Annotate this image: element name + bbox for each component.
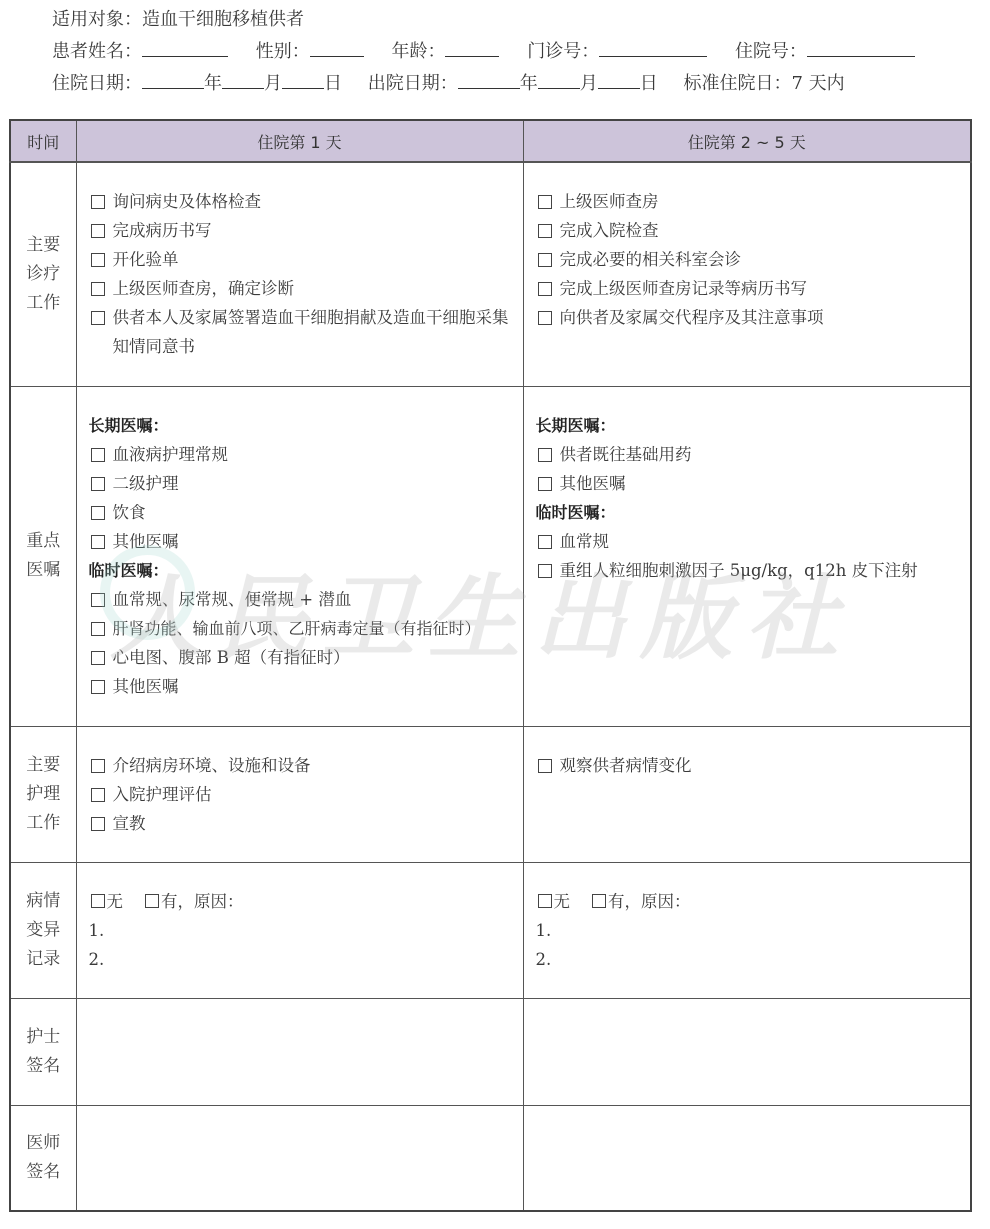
checklist-item[interactable]: 血液病护理常规 <box>89 440 511 469</box>
discharge-month-field[interactable] <box>538 70 580 89</box>
nurse-signature-day2-5[interactable] <box>523 998 971 1105</box>
table-header-row: 时间 住院第 1 天 住院第 2 ~ 5 天 <box>10 120 971 162</box>
checkbox-icon[interactable] <box>91 311 105 325</box>
checkbox-none[interactable] <box>91 894 105 908</box>
nurse-signature-day1[interactable] <box>76 998 523 1105</box>
physician-signature-day1[interactable] <box>76 1105 523 1211</box>
row-label: 病情变异记录 <box>10 862 76 998</box>
admission-month-field[interactable] <box>222 70 264 89</box>
checkbox-icon[interactable] <box>91 253 105 267</box>
checkbox-icon[interactable] <box>538 477 552 491</box>
checkbox-icon[interactable] <box>538 282 552 296</box>
month-label: 月 <box>264 73 282 94</box>
checklist-item[interactable]: 完成上级医师查房记录等病历书写 <box>536 274 959 303</box>
year-label: 年 <box>204 73 222 94</box>
checkbox-icon[interactable] <box>91 680 105 694</box>
temporary-orders-title: 临时医嘱： <box>89 556 511 585</box>
admission-year-field[interactable] <box>142 70 204 89</box>
checkbox-icon[interactable] <box>91 448 105 462</box>
variation-line-1[interactable]: 1. <box>536 916 959 945</box>
checklist-item[interactable]: 其他医嘱 <box>89 527 511 556</box>
checkbox-icon[interactable] <box>538 759 552 773</box>
checklist-item[interactable]: 血常规、尿常规、便常规 + 潜血 <box>89 585 511 614</box>
checklist-item[interactable]: 上级医师查房，确定诊断 <box>89 274 511 303</box>
checkbox-icon[interactable] <box>91 593 105 607</box>
inpatient-no-label: 住院号： <box>735 41 807 62</box>
checklist-item[interactable]: 供者本人及家属签署造血干细胞捐献及造血干细胞采集知情同意书 <box>89 303 511 361</box>
admission-day-field[interactable] <box>282 70 324 89</box>
table-row-physician-signature: 医师签名 <box>10 1105 971 1211</box>
clinical-pathway-table: 时间 住院第 1 天 住院第 2 ~ 5 天 主要诊疗工作 询问病史及体格检查 … <box>9 119 972 1212</box>
table-row-nursing-work: 主要护理工作 介绍病房环境、设施和设备 入院护理评估 宣教 观察供者病情变化 <box>10 726 971 862</box>
outpatient-no-field[interactable] <box>599 38 707 57</box>
outpatient-no-label: 门诊号： <box>527 41 599 62</box>
variation-line-2[interactable]: 2. <box>89 945 511 974</box>
checklist-item[interactable]: 完成病历书写 <box>89 216 511 245</box>
physician-signature-day2-5[interactable] <box>523 1105 971 1211</box>
yes-reason-label: 有，原因： <box>161 887 244 916</box>
patient-name-field[interactable] <box>142 38 228 57</box>
table-row-variation-record: 病情变异记录 无 有，原因： 1. 2. 无 有，原因： 1. 2. <box>10 862 971 998</box>
header-day-2-5: 住院第 2 ~ 5 天 <box>523 120 971 162</box>
checkbox-icon[interactable] <box>91 282 105 296</box>
checkbox-yes[interactable] <box>145 894 159 908</box>
long-term-orders-title: 长期医嘱： <box>89 411 511 440</box>
checkbox-icon[interactable] <box>91 651 105 665</box>
checkbox-icon[interactable] <box>91 788 105 802</box>
discharge-date-label: 出院日期： <box>368 73 458 94</box>
checkbox-icon[interactable] <box>91 759 105 773</box>
day-label: 日 <box>324 73 342 94</box>
long-term-orders-title: 长期医嘱： <box>536 411 959 440</box>
temporary-orders-title: 临时医嘱： <box>536 498 959 527</box>
checkbox-icon[interactable] <box>91 506 105 520</box>
checkbox-icon[interactable] <box>91 817 105 831</box>
checklist-item[interactable]: 肝肾功能、输血前八项、乙肝病毒定量（有指征时） <box>89 614 511 643</box>
checkbox-icon[interactable] <box>538 224 552 238</box>
row-label: 护士签名 <box>10 998 76 1105</box>
sex-field[interactable] <box>310 38 364 57</box>
none-label: 无 <box>554 887 571 916</box>
checklist-item[interactable]: 供者既往基础用药 <box>536 440 959 469</box>
patient-name-label: 患者姓名： <box>52 41 142 62</box>
checkbox-yes[interactable] <box>592 894 606 908</box>
yes-reason-label: 有，原因： <box>608 887 691 916</box>
checkbox-icon[interactable] <box>538 535 552 549</box>
checklist-item[interactable]: 二级护理 <box>89 469 511 498</box>
cell-day2-5: 无 有，原因： 1. 2. <box>523 862 971 998</box>
admission-date-label: 住院日期： <box>52 73 142 94</box>
checklist-item[interactable]: 询问病史及体格检查 <box>89 187 511 216</box>
year-label: 年 <box>520 73 538 94</box>
inpatient-no-field[interactable] <box>807 38 915 57</box>
checkbox-icon[interactable] <box>538 195 552 209</box>
checklist-item[interactable]: 完成必要的相关科室会诊 <box>536 245 959 274</box>
checklist-item[interactable]: 宣教 <box>89 809 511 838</box>
row-label: 医师签名 <box>10 1105 76 1211</box>
checkbox-icon[interactable] <box>91 195 105 209</box>
header-time: 时间 <box>10 120 76 162</box>
variation-line-2[interactable]: 2. <box>536 945 959 974</box>
month-label: 月 <box>580 73 598 94</box>
checklist-item[interactable]: 其他医嘱 <box>536 469 959 498</box>
checklist-item[interactable]: 血常规 <box>536 527 959 556</box>
cell-day1: 询问病史及体格检查 完成病历书写 开化验单 上级医师查房，确定诊断 供者本人及家… <box>76 162 523 386</box>
checklist-item[interactable]: 观察供者病情变化 <box>536 751 959 780</box>
row-label: 重点医嘱 <box>10 386 76 726</box>
sex-label: 性别： <box>256 41 310 62</box>
checklist-item[interactable]: 上级医师查房 <box>536 187 959 216</box>
cell-day1: 介绍病房环境、设施和设备 入院护理评估 宣教 <box>76 726 523 862</box>
checklist-item[interactable]: 完成入院检查 <box>536 216 959 245</box>
checkbox-icon[interactable] <box>91 535 105 549</box>
applicable-subject: 适用对象：造血干细胞移植供者 <box>52 9 304 30</box>
checklist-item[interactable]: 介绍病房环境、设施和设备 <box>89 751 511 780</box>
discharge-year-field[interactable] <box>458 70 520 89</box>
checkbox-icon[interactable] <box>91 477 105 491</box>
discharge-day-field[interactable] <box>598 70 640 89</box>
checkbox-icon[interactable] <box>538 448 552 462</box>
standard-stay: 标准住院日：7 天内 <box>683 73 844 94</box>
checkbox-icon[interactable] <box>538 564 552 578</box>
row-label: 主要诊疗工作 <box>10 162 76 386</box>
table-row-diagnosis-work: 主要诊疗工作 询问病史及体格检查 完成病历书写 开化验单 上级医师查房，确定诊断… <box>10 162 971 386</box>
checklist-item[interactable]: 饮食 <box>89 498 511 527</box>
cell-day2-5: 观察供者病情变化 <box>523 726 971 862</box>
day-label: 日 <box>640 73 658 94</box>
checkbox-icon[interactable] <box>538 311 552 325</box>
variation-line-1[interactable]: 1. <box>89 916 511 945</box>
age-field[interactable] <box>445 38 499 57</box>
checklist-item[interactable]: 重组人粒细胞刺激因子 5μg/kg，q12h 皮下注射 <box>536 556 959 585</box>
cell-day2-5: 长期医嘱： 供者既往基础用药 其他医嘱 临时医嘱： 血常规 重组人粒细胞刺激因子… <box>523 386 971 726</box>
checkbox-none[interactable] <box>538 894 552 908</box>
checklist-item[interactable]: 其他医嘱 <box>89 672 511 701</box>
age-label: 年龄： <box>391 41 445 62</box>
none-label: 无 <box>107 887 124 916</box>
form-header: 适用对象：造血干细胞移植供者 患者姓名： 性别： 年龄： 门诊号： 住院号： 住… <box>52 4 937 100</box>
checkbox-icon[interactable] <box>538 253 552 267</box>
checklist-item[interactable]: 心电图、腹部 B 超（有指征时） <box>89 643 511 672</box>
row-label: 主要护理工作 <box>10 726 76 862</box>
checklist-item[interactable]: 入院护理评估 <box>89 780 511 809</box>
cell-day1: 长期医嘱： 血液病护理常规 二级护理 饮食 其他医嘱 临时医嘱： 血常规、尿常规… <box>76 386 523 726</box>
cell-day2-5: 上级医师查房 完成入院检查 完成必要的相关科室会诊 完成上级医师查房记录等病历书… <box>523 162 971 386</box>
checklist-item[interactable]: 开化验单 <box>89 245 511 274</box>
checklist-item[interactable]: 向供者及家属交代程序及其注意事项 <box>536 303 959 332</box>
table-row-nurse-signature: 护士签名 <box>10 998 971 1105</box>
checkbox-icon[interactable] <box>91 622 105 636</box>
header-day-1: 住院第 1 天 <box>76 120 523 162</box>
table-row-key-orders: 重点医嘱 长期医嘱： 血液病护理常规 二级护理 饮食 其他医嘱 临时医嘱： 血常… <box>10 386 971 726</box>
cell-day1: 无 有，原因： 1. 2. <box>76 862 523 998</box>
checkbox-icon[interactable] <box>91 224 105 238</box>
